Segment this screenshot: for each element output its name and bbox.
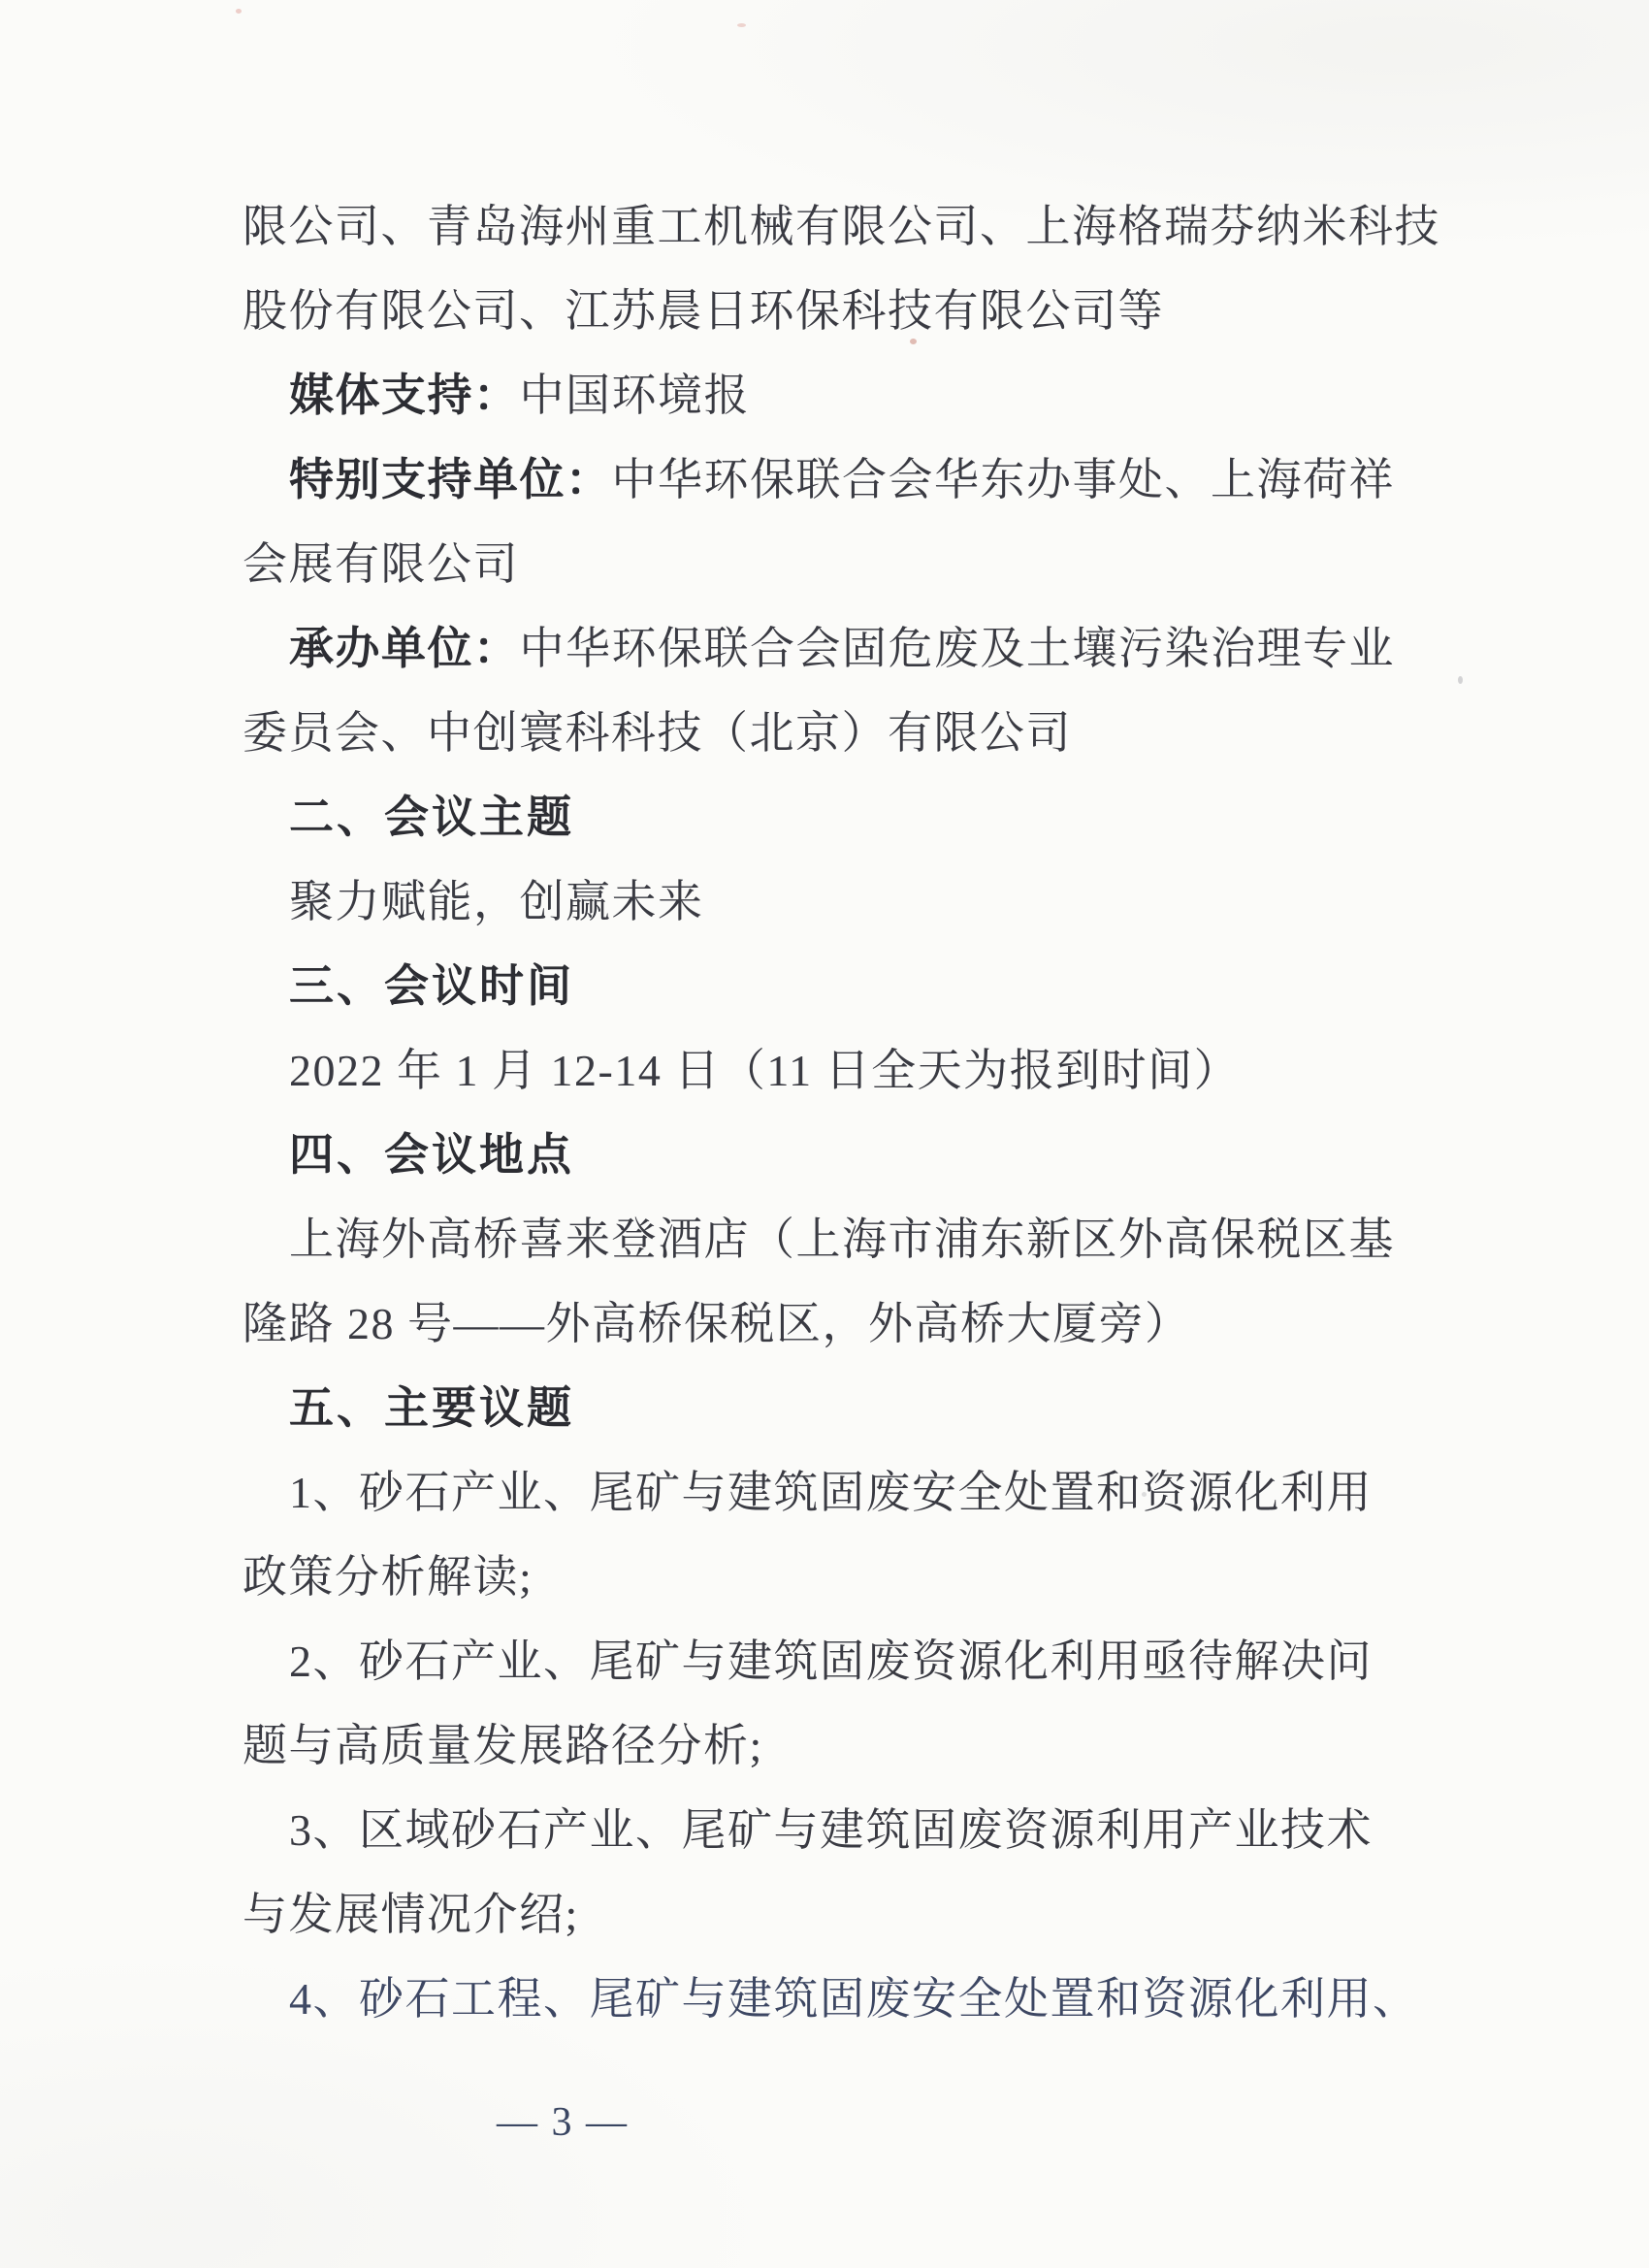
section-heading: 四、会议地点 <box>242 1113 1387 1197</box>
line-text: 中华环保联合会华东办事处、上海荷祥 <box>612 455 1396 504</box>
section-heading: 三、会议时间 <box>242 944 1387 1028</box>
line-text: 委员会、中创寰科科技（北京）有限公司 <box>242 708 1072 758</box>
line-text: 1、砂石产业、尾矿与建筑固废安全处置和资源化利用 <box>289 1468 1373 1517</box>
line-text: 题与高质量发展路径分析; <box>242 1721 763 1770</box>
line-text: 隆路 28 号——外高桥保税区，外高桥大厦旁） <box>242 1299 1191 1348</box>
bold-label: 三、会议时间 <box>289 960 574 1011</box>
scan-speck <box>737 23 746 27</box>
text-line: 股份有限公司、江苏晨日环保科技有限公司等 <box>242 269 1387 353</box>
text-line: 2、砂石产业、尾矿与建筑固废资源化利用亟待解决问 <box>242 1619 1387 1703</box>
line-text: 与发展情况介绍; <box>242 1890 579 1939</box>
bold-label: 媒体支持： <box>289 370 520 420</box>
text-line: 限公司、青岛海州重工机械有限公司、上海格瑞芬纳米科技 <box>242 184 1387 269</box>
line-text: 中华环保联合会固危废及土壤污染治理专业 <box>520 624 1396 673</box>
document-body: 限公司、青岛海州重工机械有限公司、上海格瑞芬纳米科技股份有限公司、江苏晨日环保科… <box>242 184 1387 2041</box>
text-line: 与发展情况介绍; <box>242 1872 1387 1957</box>
text-line: 媒体支持：中国环境报 <box>242 353 1387 437</box>
bold-label: 承办单位： <box>289 623 520 673</box>
section-heading: 五、主要议题 <box>242 1366 1387 1450</box>
bold-label: 四、会议地点 <box>289 1129 574 1180</box>
line-text: 2022 年 1 月 12-14 日（11 日全天为报到时间） <box>289 1046 1240 1095</box>
text-line: 聚力赋能，创赢未来 <box>242 859 1387 944</box>
text-line: 上海外高桥喜来登酒店（上海市浦东新区外高保税区基 <box>242 1197 1387 1281</box>
text-line: 会展有限公司 <box>242 522 1387 606</box>
section-heading: 二、会议主题 <box>242 775 1387 859</box>
scanned-document-page: 限公司、青岛海州重工机械有限公司、上海格瑞芬纳米科技股份有限公司、江苏晨日环保科… <box>0 0 1649 2268</box>
text-line: 题与高质量发展路径分析; <box>242 1703 1387 1788</box>
line-text: 中国环境报 <box>520 371 751 420</box>
text-line: 3、区域砂石产业、尾矿与建筑固废资源利用产业技术 <box>242 1788 1387 1872</box>
line-text: 3、区域砂石产业、尾矿与建筑固废资源利用产业技术 <box>289 1805 1373 1855</box>
bold-label: 二、会议主题 <box>289 792 574 842</box>
line-text: 会展有限公司 <box>242 539 519 589</box>
text-line: 2022 年 1 月 12-14 日（11 日全天为报到时间） <box>242 1028 1387 1113</box>
text-line: 隆路 28 号——外高桥保税区，外高桥大厦旁） <box>242 1281 1387 1366</box>
scan-speck <box>1458 676 1463 684</box>
line-text: 2、砂石产业、尾矿与建筑固废资源化利用亟待解决问 <box>289 1636 1373 1686</box>
line-text: 限公司、青岛海州重工机械有限公司、上海格瑞芬纳米科技 <box>242 202 1440 251</box>
bold-label: 特别支持单位： <box>289 454 612 504</box>
text-line: 特别支持单位：中华环保联合会华东办事处、上海荷祥 <box>242 437 1387 522</box>
line-text: 上海外高桥喜来登酒店（上海市浦东新区外高保税区基 <box>289 1215 1395 1264</box>
line-text: 政策分析解读; <box>242 1552 533 1602</box>
text-line: 政策分析解读; <box>242 1535 1387 1619</box>
line-text: 股份有限公司、江苏晨日环保科技有限公司等 <box>242 286 1164 336</box>
text-line: 委员会、中创寰科科技（北京）有限公司 <box>242 691 1387 775</box>
text-line: 承办单位：中华环保联合会固危废及土壤污染治理专业 <box>242 606 1387 691</box>
page-number: — 3 — <box>490 2093 635 2152</box>
text-line: 4、砂石工程、尾矿与建筑固废安全处置和资源化利用、 <box>242 1957 1387 2041</box>
line-text: 4、砂石工程、尾矿与建筑固废安全处置和资源化利用、 <box>289 1974 1419 2024</box>
scan-speck <box>236 9 242 14</box>
bold-label: 五、主要议题 <box>289 1382 574 1433</box>
text-line: 1、砂石产业、尾矿与建筑固废安全处置和资源化利用 <box>242 1450 1387 1535</box>
line-text: 聚力赋能，创赢未来 <box>289 877 704 926</box>
